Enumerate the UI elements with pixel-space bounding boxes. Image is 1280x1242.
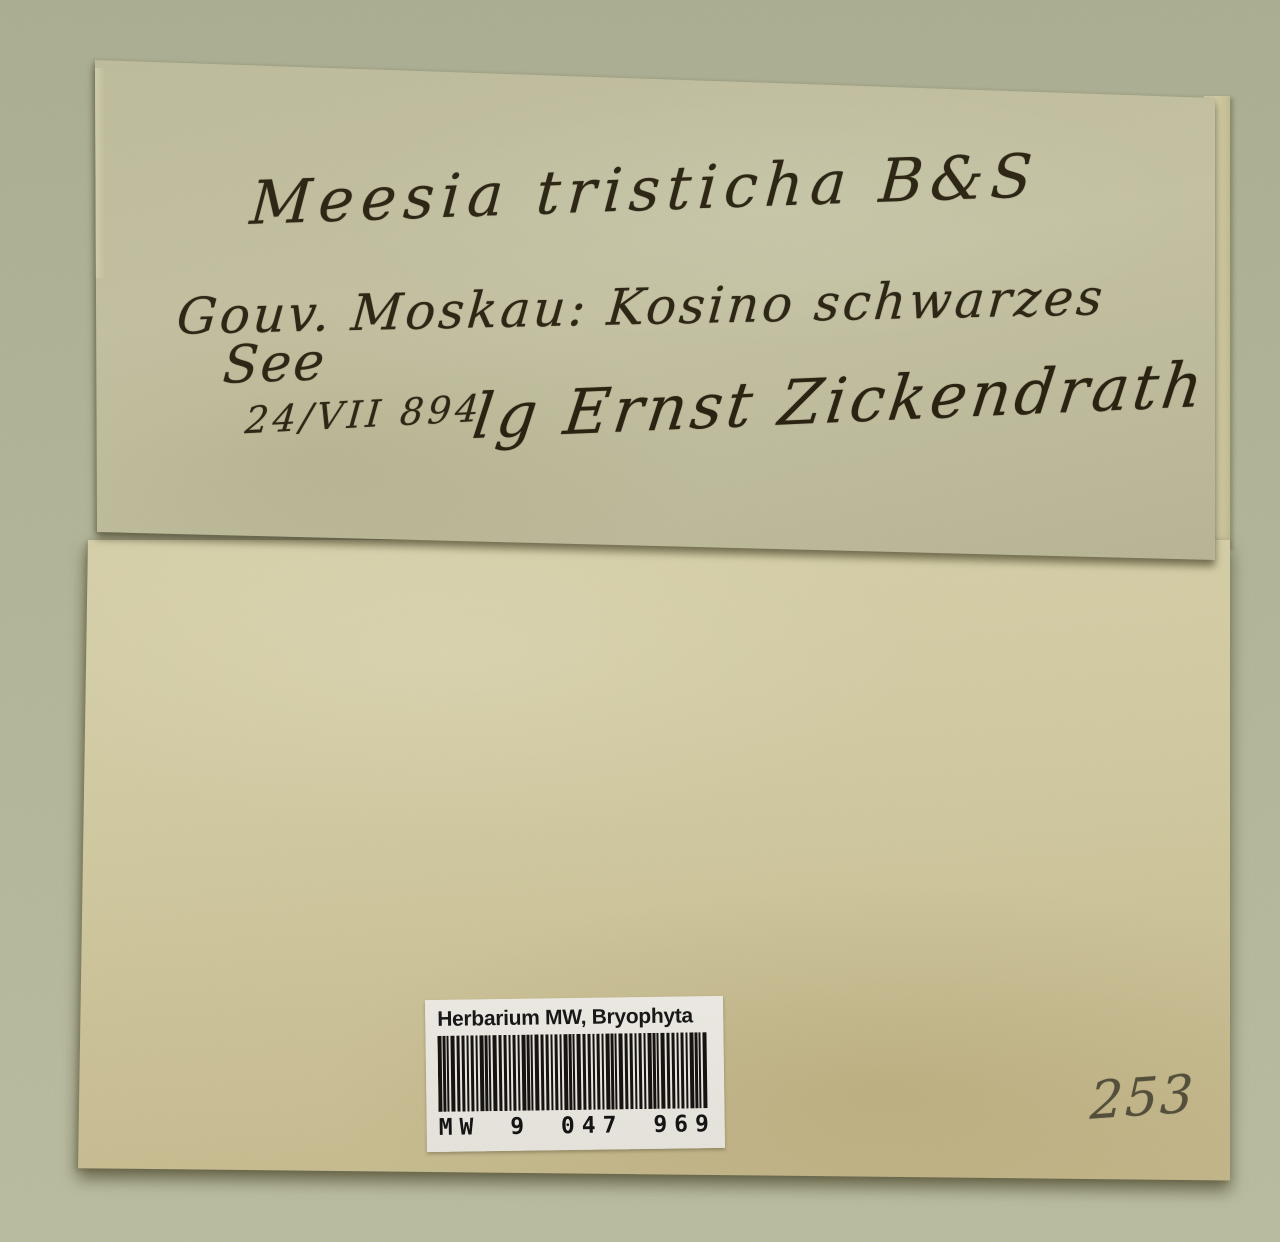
species-name-line: Meesia tristicha B&S — [248, 146, 1041, 234]
herbarium-specimen-photo: 253 Herbarium MW, Bryophyta MW 9 047 969… — [0, 0, 1280, 1242]
locality-line: Gouv. Moskau: Kosino schwarzes — [175, 272, 1107, 342]
slip-shadow-wrap: Meesia tristicha B&S Gouv. Moskau: Kosin… — [0, 0, 1280, 1242]
collector-signature: lg Ernst Zickendrath — [469, 354, 1210, 448]
collection-date: 24/VII 894 — [244, 390, 485, 440]
locality-line-continued: See — [221, 336, 328, 392]
handwritten-label-slip: Meesia tristicha B&S Gouv. Moskau: Kosin… — [95, 60, 1215, 560]
